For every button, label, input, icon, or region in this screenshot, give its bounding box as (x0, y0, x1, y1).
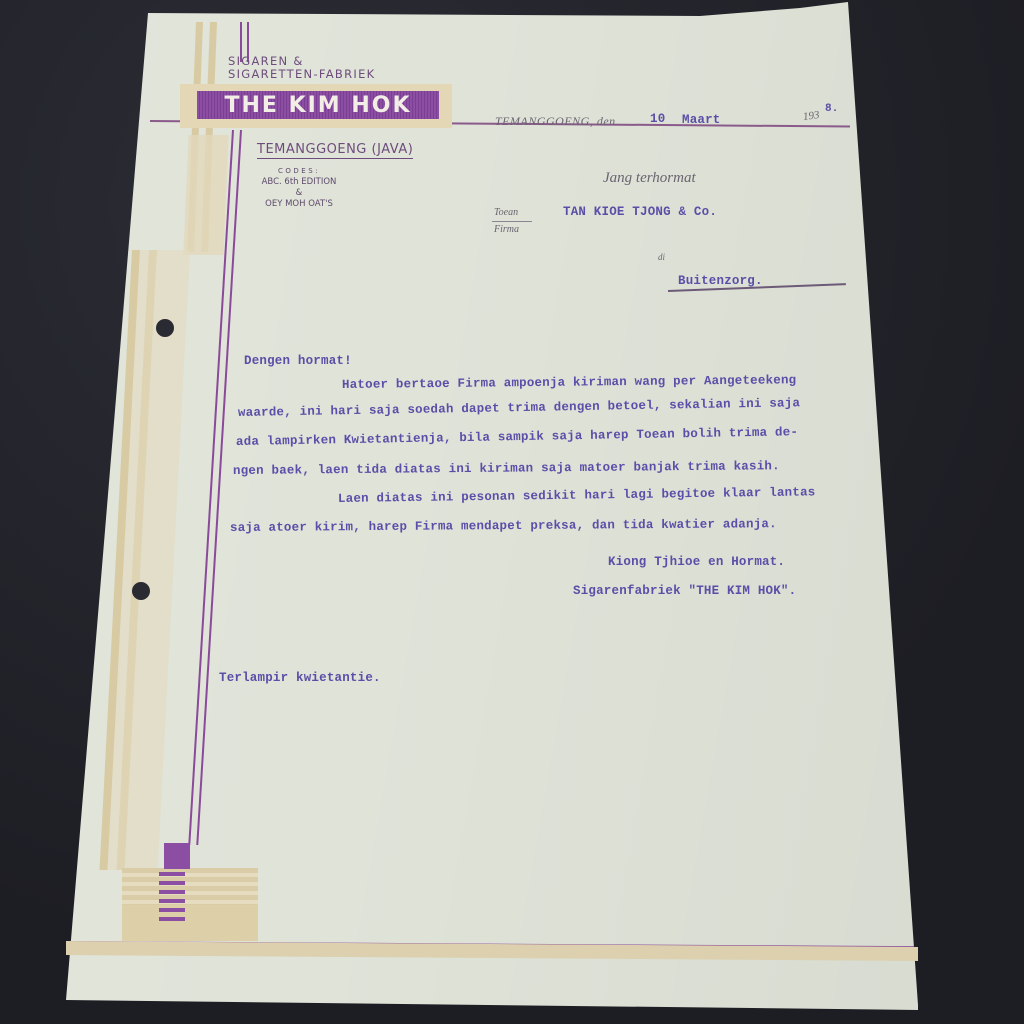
decor-tan-block (122, 905, 258, 941)
tan-band-upper-fill (183, 135, 228, 255)
codes-label: CODES: (244, 166, 354, 177)
signature-line: Sigarenfabriek "THE KIM HOK". (573, 584, 796, 598)
toean-firma-divider (492, 221, 532, 222)
firma-label: Firma (494, 224, 519, 235)
letterhead-line2: SIGARETTEN-FABRIEK (228, 67, 376, 81)
punch-hole-bottom (132, 582, 150, 600)
codes-line2: OEY MOH OAT'S (244, 199, 354, 210)
toean-label: Toean (494, 207, 518, 218)
company-name: THE KIM HOK (224, 93, 411, 118)
codes-ampersand: & (244, 188, 354, 199)
enclosure-note: Terlampir kwietantie. (219, 671, 381, 685)
company-logo: THE KIM HOK (197, 91, 439, 119)
dateline-year-prefix: 193 (802, 109, 820, 123)
dateline-day: 10 (650, 112, 665, 126)
telegraph-codes: CODES: ABC. 6th EDITION & OEY MOH OAT'S (244, 166, 354, 210)
codes-line1: ABC. 6th EDITION (244, 177, 354, 188)
dateline-year-suffix: 8. (825, 103, 839, 115)
recipient-name: TAN KIOE TJONG & Co. (563, 205, 717, 219)
dateline-month: Maart (682, 113, 721, 127)
di-label: di (658, 252, 665, 262)
decor-purple-square (164, 843, 190, 869)
salutation-label: Jang terhormat (603, 170, 696, 187)
greeting: Dengen hormat! (244, 354, 352, 368)
dateline-place: TEMANGGOENG, den (495, 114, 616, 129)
letterhead-line1: SIGAREN & (228, 54, 304, 68)
punch-hole-top (156, 319, 174, 337)
closing-line: Kiong Tjhioe en Hormat. (608, 555, 785, 569)
decor-purple-stripes (159, 872, 185, 922)
letterhead-city: TEMANGGOENG (JAVA) (257, 142, 413, 159)
